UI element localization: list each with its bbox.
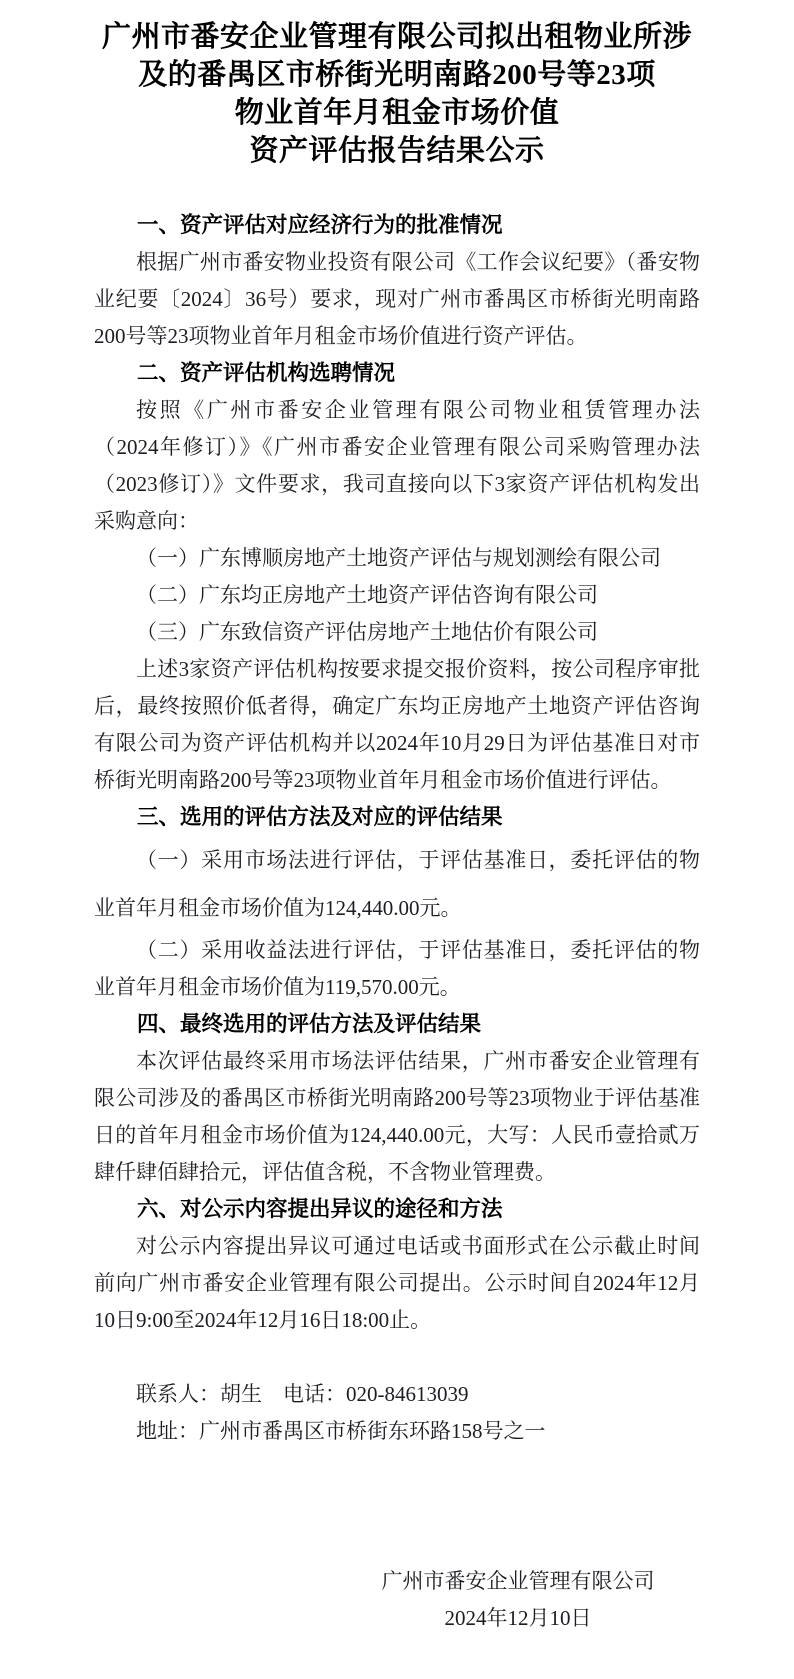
document-content: 一、资产评估对应经济行为的批准情况 根据广州市番安物业投资有限公司《工作会议纪要… xyxy=(94,207,700,1637)
contact-address-line: 地址：广州市番禺区市桥街东环路158号之一 xyxy=(94,1413,700,1450)
section-1: 一、资产评估对应经济行为的批准情况 根据广州市番安物业投资有限公司《工作会议纪要… xyxy=(94,207,700,355)
bidder-item-3: （三）广东致信资产评估房地产土地估价有限公司 xyxy=(94,614,700,651)
section-2-paragraph-intro: 按照《广州市番安企业管理有限公司物业租赁管理办法（2024年修订）》《广州市番安… xyxy=(94,392,700,540)
title-line-4: 资产评估报告结果公示 xyxy=(94,132,700,170)
title-line-2: 及的番禺区市桥街光明南路200号等23项 xyxy=(94,56,700,94)
document-body: 广州市番安企业管理有限公司拟出租物业所涉 及的番禺区市桥街光明南路200号等23… xyxy=(0,0,794,1637)
bidder-item-1: （一）广东博顺房地产土地资产评估与规划测绘有限公司 xyxy=(94,540,700,577)
section-6: 六、对公示内容提出异议的途径和方法 对公示内容提出异议可通过电话或书面形式在公示… xyxy=(94,1191,700,1339)
document-title: 广州市番安企业管理有限公司拟出租物业所涉 及的番禺区市桥街光明南路200号等23… xyxy=(94,18,700,170)
bidder-item-2: （二）广东均正房地产土地资产评估咨询有限公司 xyxy=(94,577,700,614)
section-2-heading: 二、资产评估机构选聘情况 xyxy=(94,355,700,392)
section-4-paragraph: 本次评估最终采用市场法评估结果，广州市番安企业管理有限公司涉及的番禺区市桥街光明… xyxy=(94,1043,700,1191)
section-3-paragraph-market: （一）采用市场法进行评估，于评估基准日，委托评估的物业首年月租金市场价值为124… xyxy=(94,836,700,932)
section-3-paragraph-income: （二）采用收益法进行评估，于评估基准日，委托评估的物业首年月租金市场价值为119… xyxy=(94,932,700,1006)
contact-person-line: 联系人：胡生 电话：020-84613039 xyxy=(94,1376,700,1413)
section-1-heading: 一、资产评估对应经济行为的批准情况 xyxy=(94,207,700,244)
title-line-1: 广州市番安企业管理有限公司拟出租物业所涉 xyxy=(94,18,700,56)
contact-block: 联系人：胡生 电话：020-84613039 地址：广州市番禺区市桥街东环路15… xyxy=(94,1376,700,1450)
section-4-heading: 四、最终选用的评估方法及评估结果 xyxy=(94,1006,700,1043)
section-4: 四、最终选用的评估方法及评估结果 本次评估最终采用市场法评估结果，广州市番安企业… xyxy=(94,1006,700,1191)
title-line-3: 物业首年月租金市场价值 xyxy=(94,94,700,132)
signature-block: 广州市番安企业管理有限公司 2024年12月10日 xyxy=(348,1563,688,1637)
section-6-paragraph: 对公示内容提出异议可通过电话或书面形式在公示截止时间前向广州市番安企业管理有限公… xyxy=(94,1228,700,1339)
section-3-heading: 三、选用的评估方法及对应的评估结果 xyxy=(94,799,700,836)
signature-date: 2024年12月10日 xyxy=(348,1600,688,1637)
signature-company: 广州市番安企业管理有限公司 xyxy=(348,1563,688,1600)
document-page: 广州市番安企业管理有限公司拟出租物业所涉 及的番禺区市桥街光明南路200号等23… xyxy=(0,0,794,1679)
section-2: 二、资产评估机构选聘情况 按照《广州市番安企业管理有限公司物业租赁管理办法（20… xyxy=(94,355,700,799)
section-2-paragraph-result: 上述3家资产评估机构按要求提交报价资料，按公司程序审批后，最终按照价低者得，确定… xyxy=(94,651,700,799)
section-1-paragraph: 根据广州市番安物业投资有限公司《工作会议纪要》（番安物业纪要〔2024〕36号）… xyxy=(94,244,700,355)
section-3: 三、选用的评估方法及对应的评估结果 （一）采用市场法进行评估，于评估基准日，委托… xyxy=(94,799,700,1006)
section-6-heading: 六、对公示内容提出异议的途径和方法 xyxy=(94,1191,700,1228)
